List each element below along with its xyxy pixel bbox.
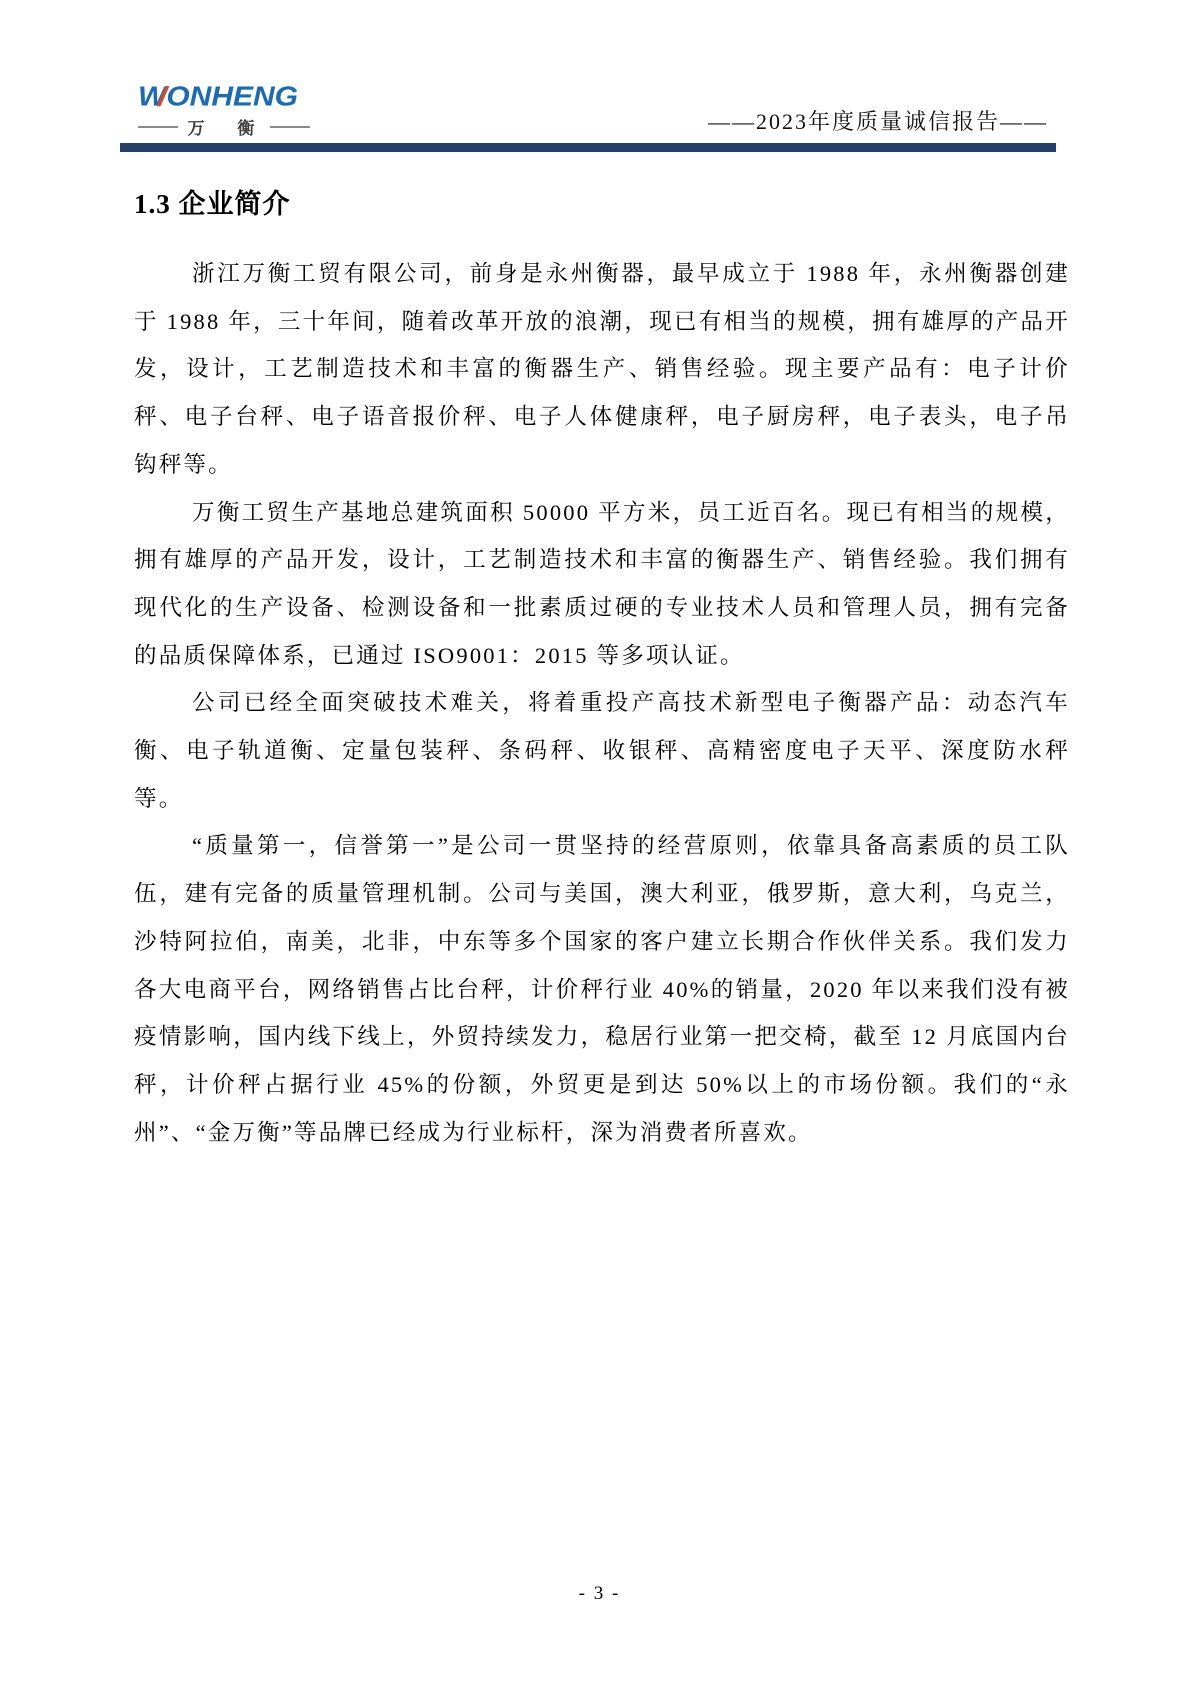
- header-rule: [120, 143, 1056, 152]
- paragraph-company-intro: 浙江万衡工贸有限公司，前身是永州衡器，最早成立于 1988 年，永州衡器创建于 …: [134, 250, 1070, 489]
- section-heading: 1.3 企业简介: [134, 188, 1070, 220]
- logo-wordmark: WONHENG: [138, 83, 310, 111]
- page-footer: - 3 -: [0, 1583, 1199, 1605]
- page-number: - 3 -: [579, 1583, 621, 1604]
- paragraph-quality-market: “质量第一，信誉第一”是公司一贯坚持的经营原则，依靠具备高素质的员工队伍，建有完…: [134, 822, 1070, 1156]
- document-page: WONHENG 万 衡 ——2023年度质量诚信报告—— 1.3 企业简介 浙江…: [0, 0, 1199, 1708]
- paragraph-production-base: 万衡工贸生产基地总建筑面积 50000 平方米，员工近百名。现已有相当的规模，拥…: [134, 489, 1070, 680]
- report-title: ——2023年度质量诚信报告——: [708, 108, 1048, 136]
- logo-chinese: 万 衡: [138, 114, 310, 139]
- logo-rule-left: [138, 126, 178, 128]
- document-body: 1.3 企业简介 浙江万衡工贸有限公司，前身是永州衡器，最早成立于 1988 年…: [134, 188, 1070, 1156]
- paragraph-new-products: 公司已经全面突破技术难关，将着重投产高技术新型电子衡器产品：动态汽车衡、电子轨道…: [134, 679, 1070, 822]
- logo-chinese-text: 万 衡: [188, 114, 269, 139]
- logo-rule-right: [270, 126, 310, 128]
- wonheng-logo: WONHENG 万 衡: [138, 82, 310, 139]
